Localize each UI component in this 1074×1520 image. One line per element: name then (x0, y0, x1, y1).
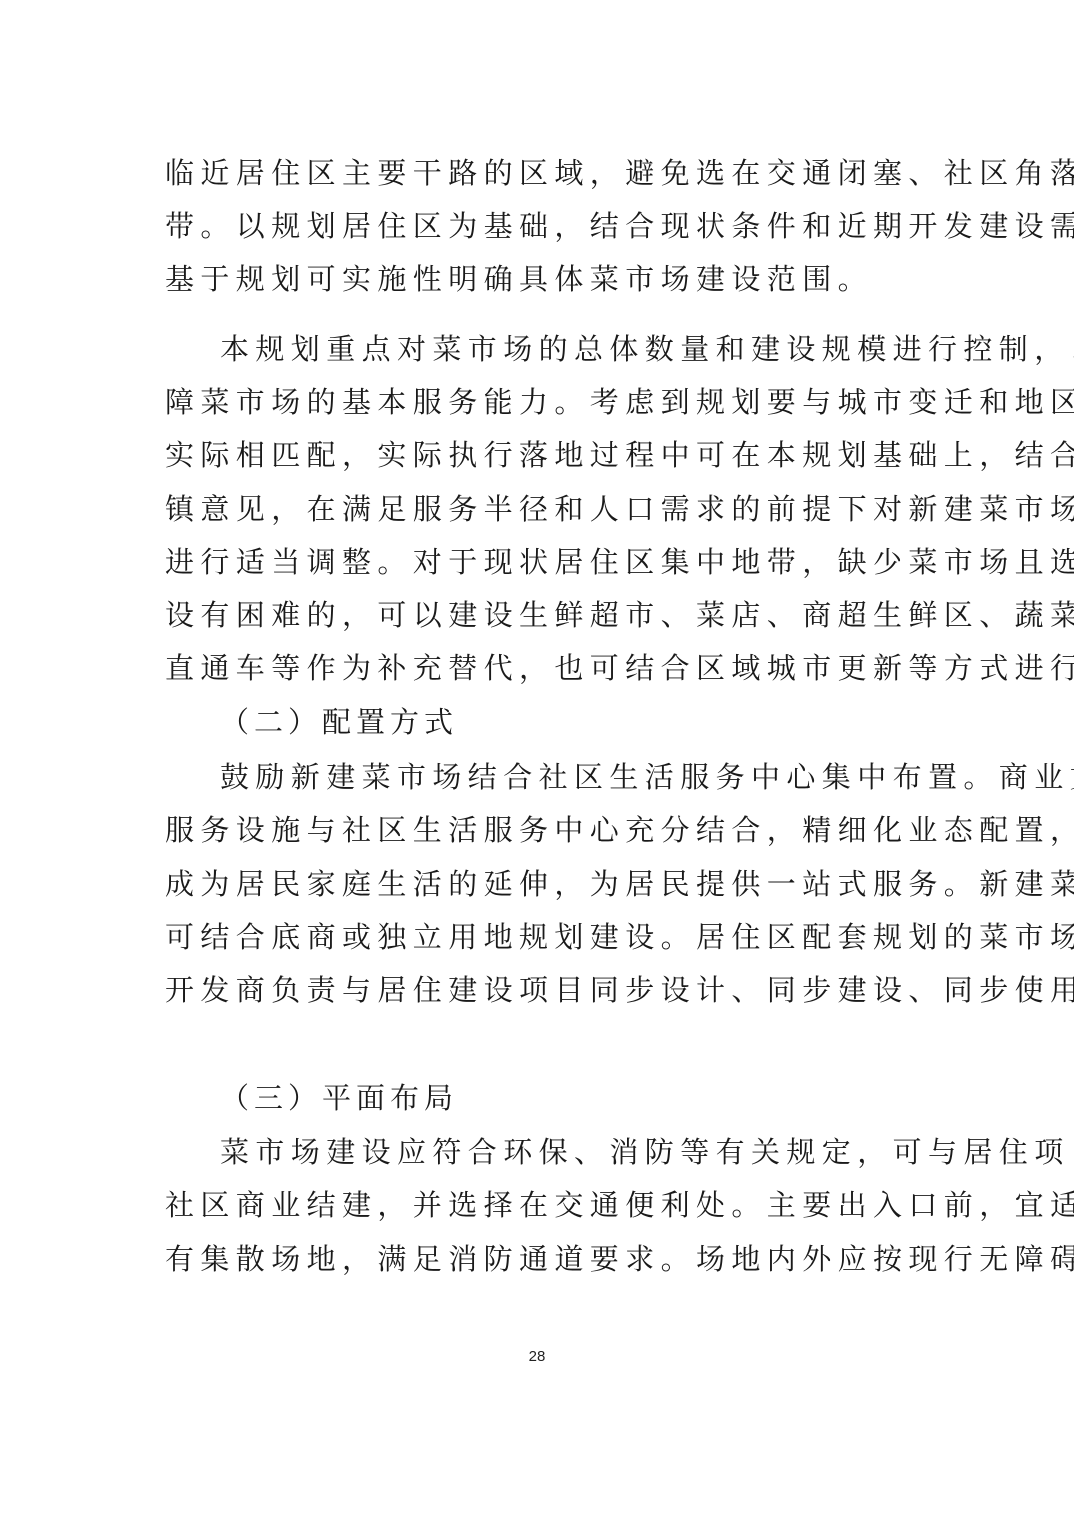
body-text-line: 成为居民家庭生活的延伸，为居民提供一站式服务。新建菜市场 (165, 864, 925, 904)
body-text-line: 基于规划可实施性明确具体菜市场建设范围。 (165, 259, 925, 299)
body-text-line: 临近居住区主要干路的区域，避免选在交通闭塞、社区角落等地 (165, 153, 925, 193)
document-page: 临近居住区主要干路的区域，避免选在交通闭塞、社区角落等地 带。以规划居住区为基础… (0, 0, 1074, 1520)
paragraph-first-line: 鼓励新建菜市场结合社区生活服务中心集中布置。商业文化 (220, 757, 980, 797)
body-text-line: 设有困难的，可以建设生鲜超市、菜店、商超生鲜区、蔬菜社区 (165, 595, 925, 635)
section-heading: （三）平面布局 (220, 1078, 980, 1118)
body-text-line: 有集散场地，满足消防通道要求。场地内外应按现行无障碍规范 (165, 1239, 925, 1279)
paragraph-first-line: 本规划重点对菜市场的总体数量和建设规模进行控制，以保 (220, 329, 980, 369)
body-text-line: 可结合底商或独立用地规划建设。居住区配套规划的菜市场应由 (165, 917, 925, 957)
body-text-line: 直通车等作为补充替代，也可结合区域城市更新等方式进行落实。 (165, 648, 925, 688)
section-heading: （二）配置方式 (220, 702, 980, 742)
paragraph-first-line: 菜市场建设应符合环保、消防等有关规定，可与居住项目的 (220, 1132, 980, 1172)
body-text-line: 社区商业结建，并选择在交通便利处。主要出入口前，宜适当留 (165, 1185, 925, 1225)
body-text-line: 进行适当调整。对于现状居住区集中地带，缺少菜市场且选址建 (165, 542, 925, 582)
body-text-line: 服务设施与社区生活服务中心充分结合，精细化业态配置，使其 (165, 810, 925, 850)
body-text-line: 障菜市场的基本服务能力。考虑到规划要与城市变迁和地区发展 (165, 382, 925, 422)
page-number: 28 (0, 1347, 1074, 1367)
body-text-line: 带。以规划居住区为基础，结合现状条件和近期开发建设需求， (165, 206, 925, 246)
body-text-line: 实际相匹配，实际执行落地过程中可在本规划基础上，结合各街 (165, 435, 925, 475)
body-text-line: 镇意见，在满足服务半径和人口需求的前提下对新建菜市场选址 (165, 489, 925, 529)
body-text-line: 开发商负责与居住建设项目同步设计、同步建设、同步使用。 (165, 970, 925, 1010)
